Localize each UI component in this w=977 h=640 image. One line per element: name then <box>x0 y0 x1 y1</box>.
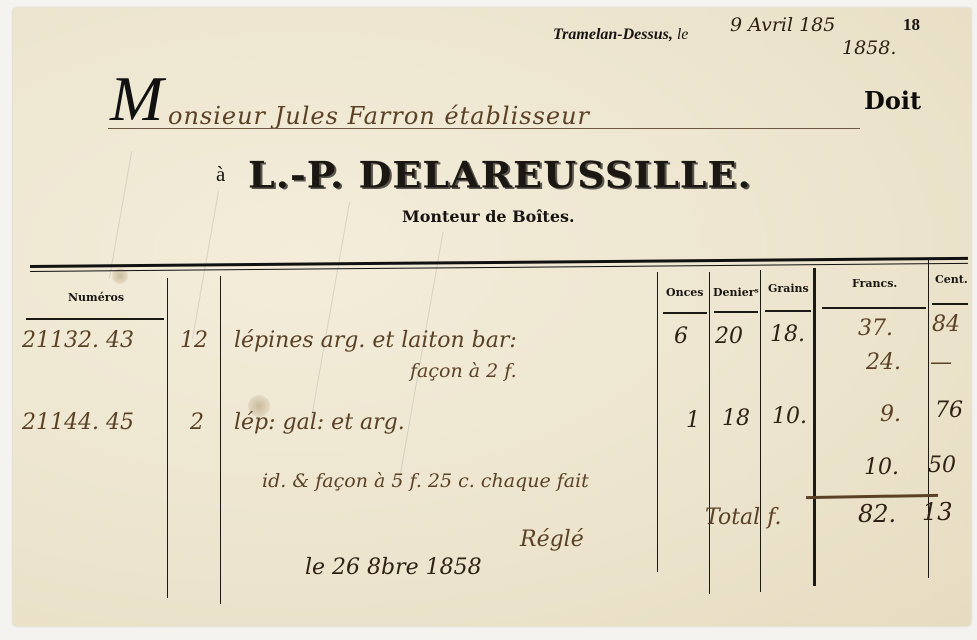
header-francs: Francs. <box>852 277 897 290</box>
row-1-grains: 18. <box>770 322 805 347</box>
header-numeros: Numéros <box>68 291 124 304</box>
col-divider <box>220 276 221 604</box>
place-printed: Tramelan-Dessus, le <box>553 26 688 44</box>
row-1-cent: 84 <box>932 312 960 337</box>
row-3-numeros: 21144. 45 <box>22 410 134 435</box>
doit-label: Doit <box>864 86 921 115</box>
row-3-grains: 10. <box>772 404 807 429</box>
header-underline <box>765 310 811 312</box>
row-3-deniers: 18 <box>722 406 750 431</box>
settlement-regle: Réglé <box>520 527 584 552</box>
addressee-handwritten: onsieur Jules Farron établisseur <box>168 102 590 130</box>
col-divider <box>657 272 658 572</box>
year-printed: 18 <box>903 15 920 35</box>
row-3-francs: 9. <box>880 402 901 427</box>
row-4-francs: 10. <box>864 455 899 480</box>
col-divider-francs <box>813 268 816 586</box>
date-handwritten: 9 Avril 185 <box>730 14 835 36</box>
row-2-description: façon à 2 f. <box>410 360 517 382</box>
row-3-qty: 2 <box>190 410 204 435</box>
row-3-description: lép: gal: et arg. <box>234 410 405 435</box>
row-1-deniers: 20 <box>715 324 743 349</box>
row-1-onces: 6 <box>674 324 688 349</box>
row-1-qty: 12 <box>180 328 208 353</box>
header-underline <box>26 318 164 320</box>
header-cent: Cent. <box>935 273 968 286</box>
header-onces: Onces <box>666 286 703 299</box>
header-underline <box>714 311 758 313</box>
col-divider <box>760 270 761 592</box>
row-2-cent: — <box>930 350 952 375</box>
header-underline <box>822 307 926 309</box>
trade-label: Monteur de Boîtes. <box>402 207 575 226</box>
total-cent: 13 <box>922 498 953 526</box>
header-grains: Grains <box>768 282 809 295</box>
firm-name: L.-P. DELAREUSSILLE. <box>248 153 752 196</box>
issuer-prefix: à <box>216 162 225 187</box>
row-4-cent: 50 <box>928 453 956 478</box>
row-1-numeros: 21132. 43 <box>22 328 134 353</box>
header-deniers: Denierˢ <box>713 286 759 299</box>
salutation-initial: M <box>110 62 163 136</box>
row-3-onces: 1 <box>686 408 700 433</box>
header-underline <box>663 312 707 314</box>
row-1-francs: 37. <box>858 316 893 341</box>
addressee-line <box>108 128 860 129</box>
col-divider <box>709 272 710 594</box>
col-divider <box>167 278 168 598</box>
row-4-description: id. & façon à 5 f. 25 c. chaque fait <box>262 470 589 492</box>
settlement-date: le 26 8bre 1858 <box>305 555 482 580</box>
col-divider <box>928 258 929 578</box>
row-3-cent: 76 <box>935 398 963 423</box>
total-francs: 82. <box>858 500 896 528</box>
row-1-description: lépines arg. et laiton bar: <box>234 328 517 353</box>
total-label: Total f. <box>705 505 782 530</box>
year-handwritten: 1858. <box>842 37 896 59</box>
row-2-francs: 24. <box>866 350 901 375</box>
header-underline <box>932 303 968 305</box>
